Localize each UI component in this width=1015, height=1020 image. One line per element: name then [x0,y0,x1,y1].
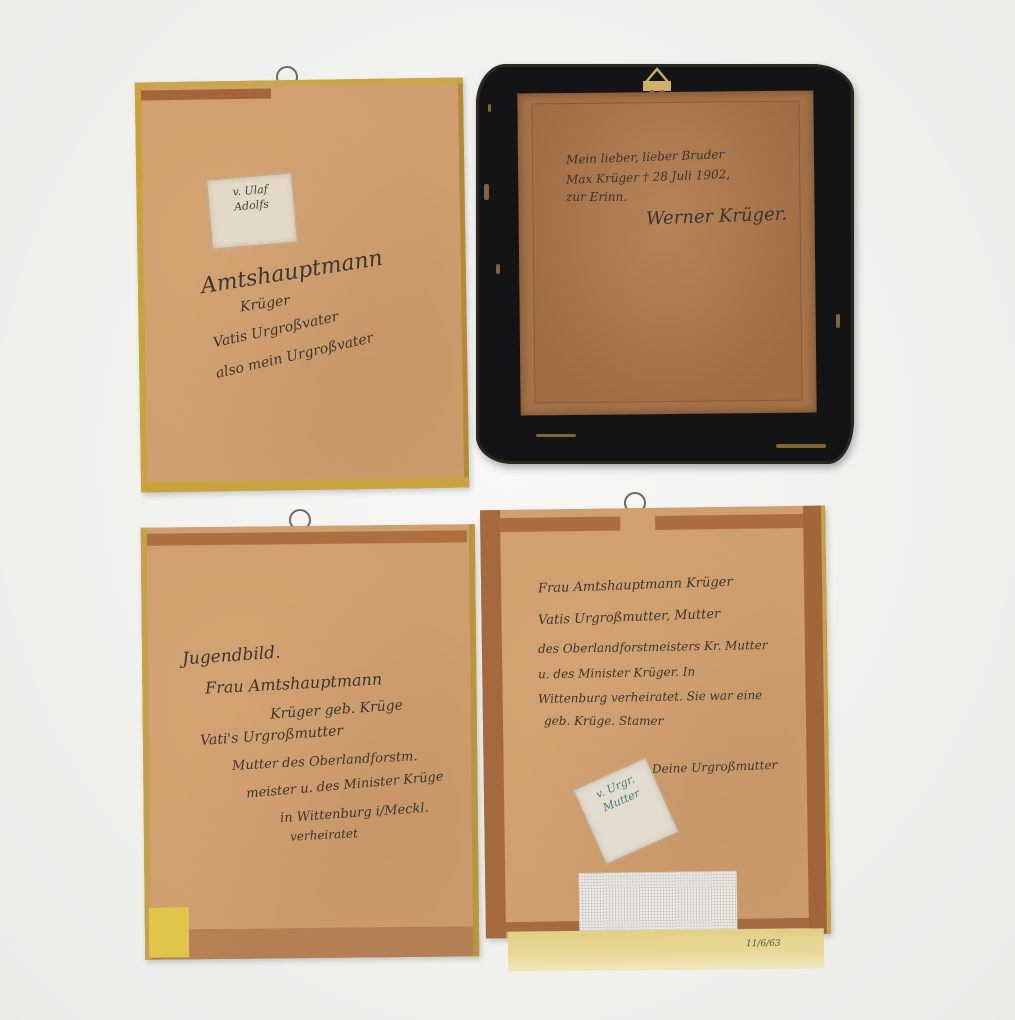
inscription-line: zur Erinn. [566,190,627,204]
linen-tape-patch [579,871,738,937]
gilt-bottom-edge: 11/6/63 [508,928,824,971]
frame-backing [141,524,480,959]
frame-backing [135,77,469,492]
bottom-mark: 11/6/63 [746,939,781,949]
inscription-line: geb. Krüge. Stamer [544,714,663,728]
label-sticker: v. Ulaf Adolfs [206,172,298,249]
cardboard-backing [517,90,816,415]
inscription-line: u. des Minister Krüger. In [538,665,695,682]
